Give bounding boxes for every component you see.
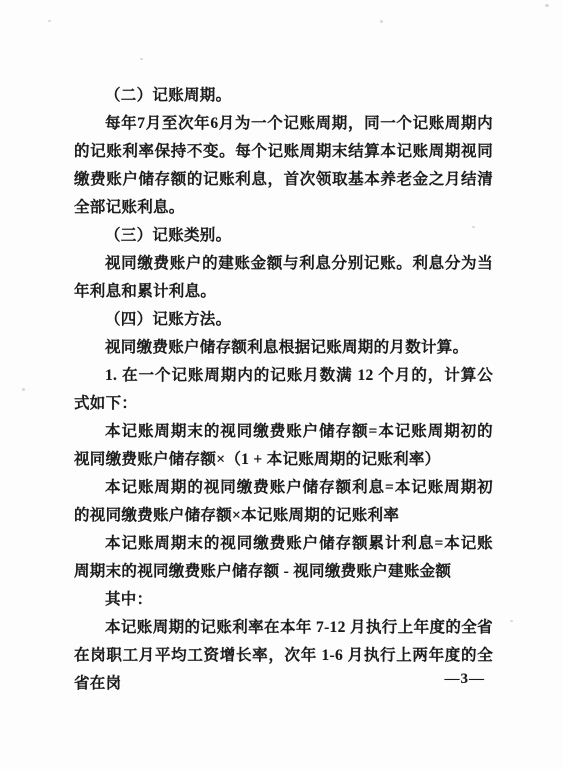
page-number: —3— xyxy=(445,668,486,690)
paragraph-interest-rate-rule: 本记账周期的记账利率在本年 7-12 月执行上年度的全省在岗职工月平均工资增长率… xyxy=(74,614,493,698)
paragraph-bookkeeping-category: 视同缴费账户的建账金额与利息分别记账。利息分为当年利息和累计利息。 xyxy=(74,250,493,306)
section-heading-bookkeeping-period: （二）记账周期。 xyxy=(74,82,493,110)
document-body: （二）记账周期。 每年7月至次年6月为一个记账周期，同一个记账周期内的记账利率保… xyxy=(74,82,493,698)
paragraph-among-which: 其中： xyxy=(74,586,493,614)
scan-speck xyxy=(48,20,51,22)
scanned-document-page: （二）记账周期。 每年7月至次年6月为一个记账周期，同一个记账周期内的记账利率保… xyxy=(0,0,563,769)
formula-period-end-balance: 本记账周期末的视同缴费账户储存额=本记账周期初的视同缴费账户储存额×（1 + 本… xyxy=(74,418,493,474)
scan-speck xyxy=(140,58,143,60)
scan-speck xyxy=(545,4,549,7)
formula-period-interest: 本记账周期的视同缴费账户储存额利息=本记账周期初的视同缴费账户储存额×本记账周期… xyxy=(74,474,493,530)
scan-speck xyxy=(510,620,513,622)
section-heading-bookkeeping-category: （三）记账类别。 xyxy=(74,222,493,250)
scan-speck xyxy=(472,226,475,228)
paragraph-interest-calculation: 视同缴费账户储存额利息根据记账周期的月数计算。 xyxy=(74,334,493,362)
section-heading-bookkeeping-method: （四）记账方法。 xyxy=(74,306,493,334)
formula-accumulated-interest: 本记账周期末的视同缴费账户储存额累计利息=本记账周期末的视同缴费账户储存额 - … xyxy=(74,530,493,586)
paragraph-bookkeeping-period: 每年7月至次年6月为一个记账周期，同一个记账周期内的记账利率保持不变。每个记账周… xyxy=(74,110,493,222)
scan-speck xyxy=(380,20,383,23)
paragraph-item-1-full-12-months: 1. 在一个记账周期内的记账月数满 12 个月的，计算公式如下： xyxy=(74,362,493,418)
scan-speck xyxy=(22,388,25,391)
